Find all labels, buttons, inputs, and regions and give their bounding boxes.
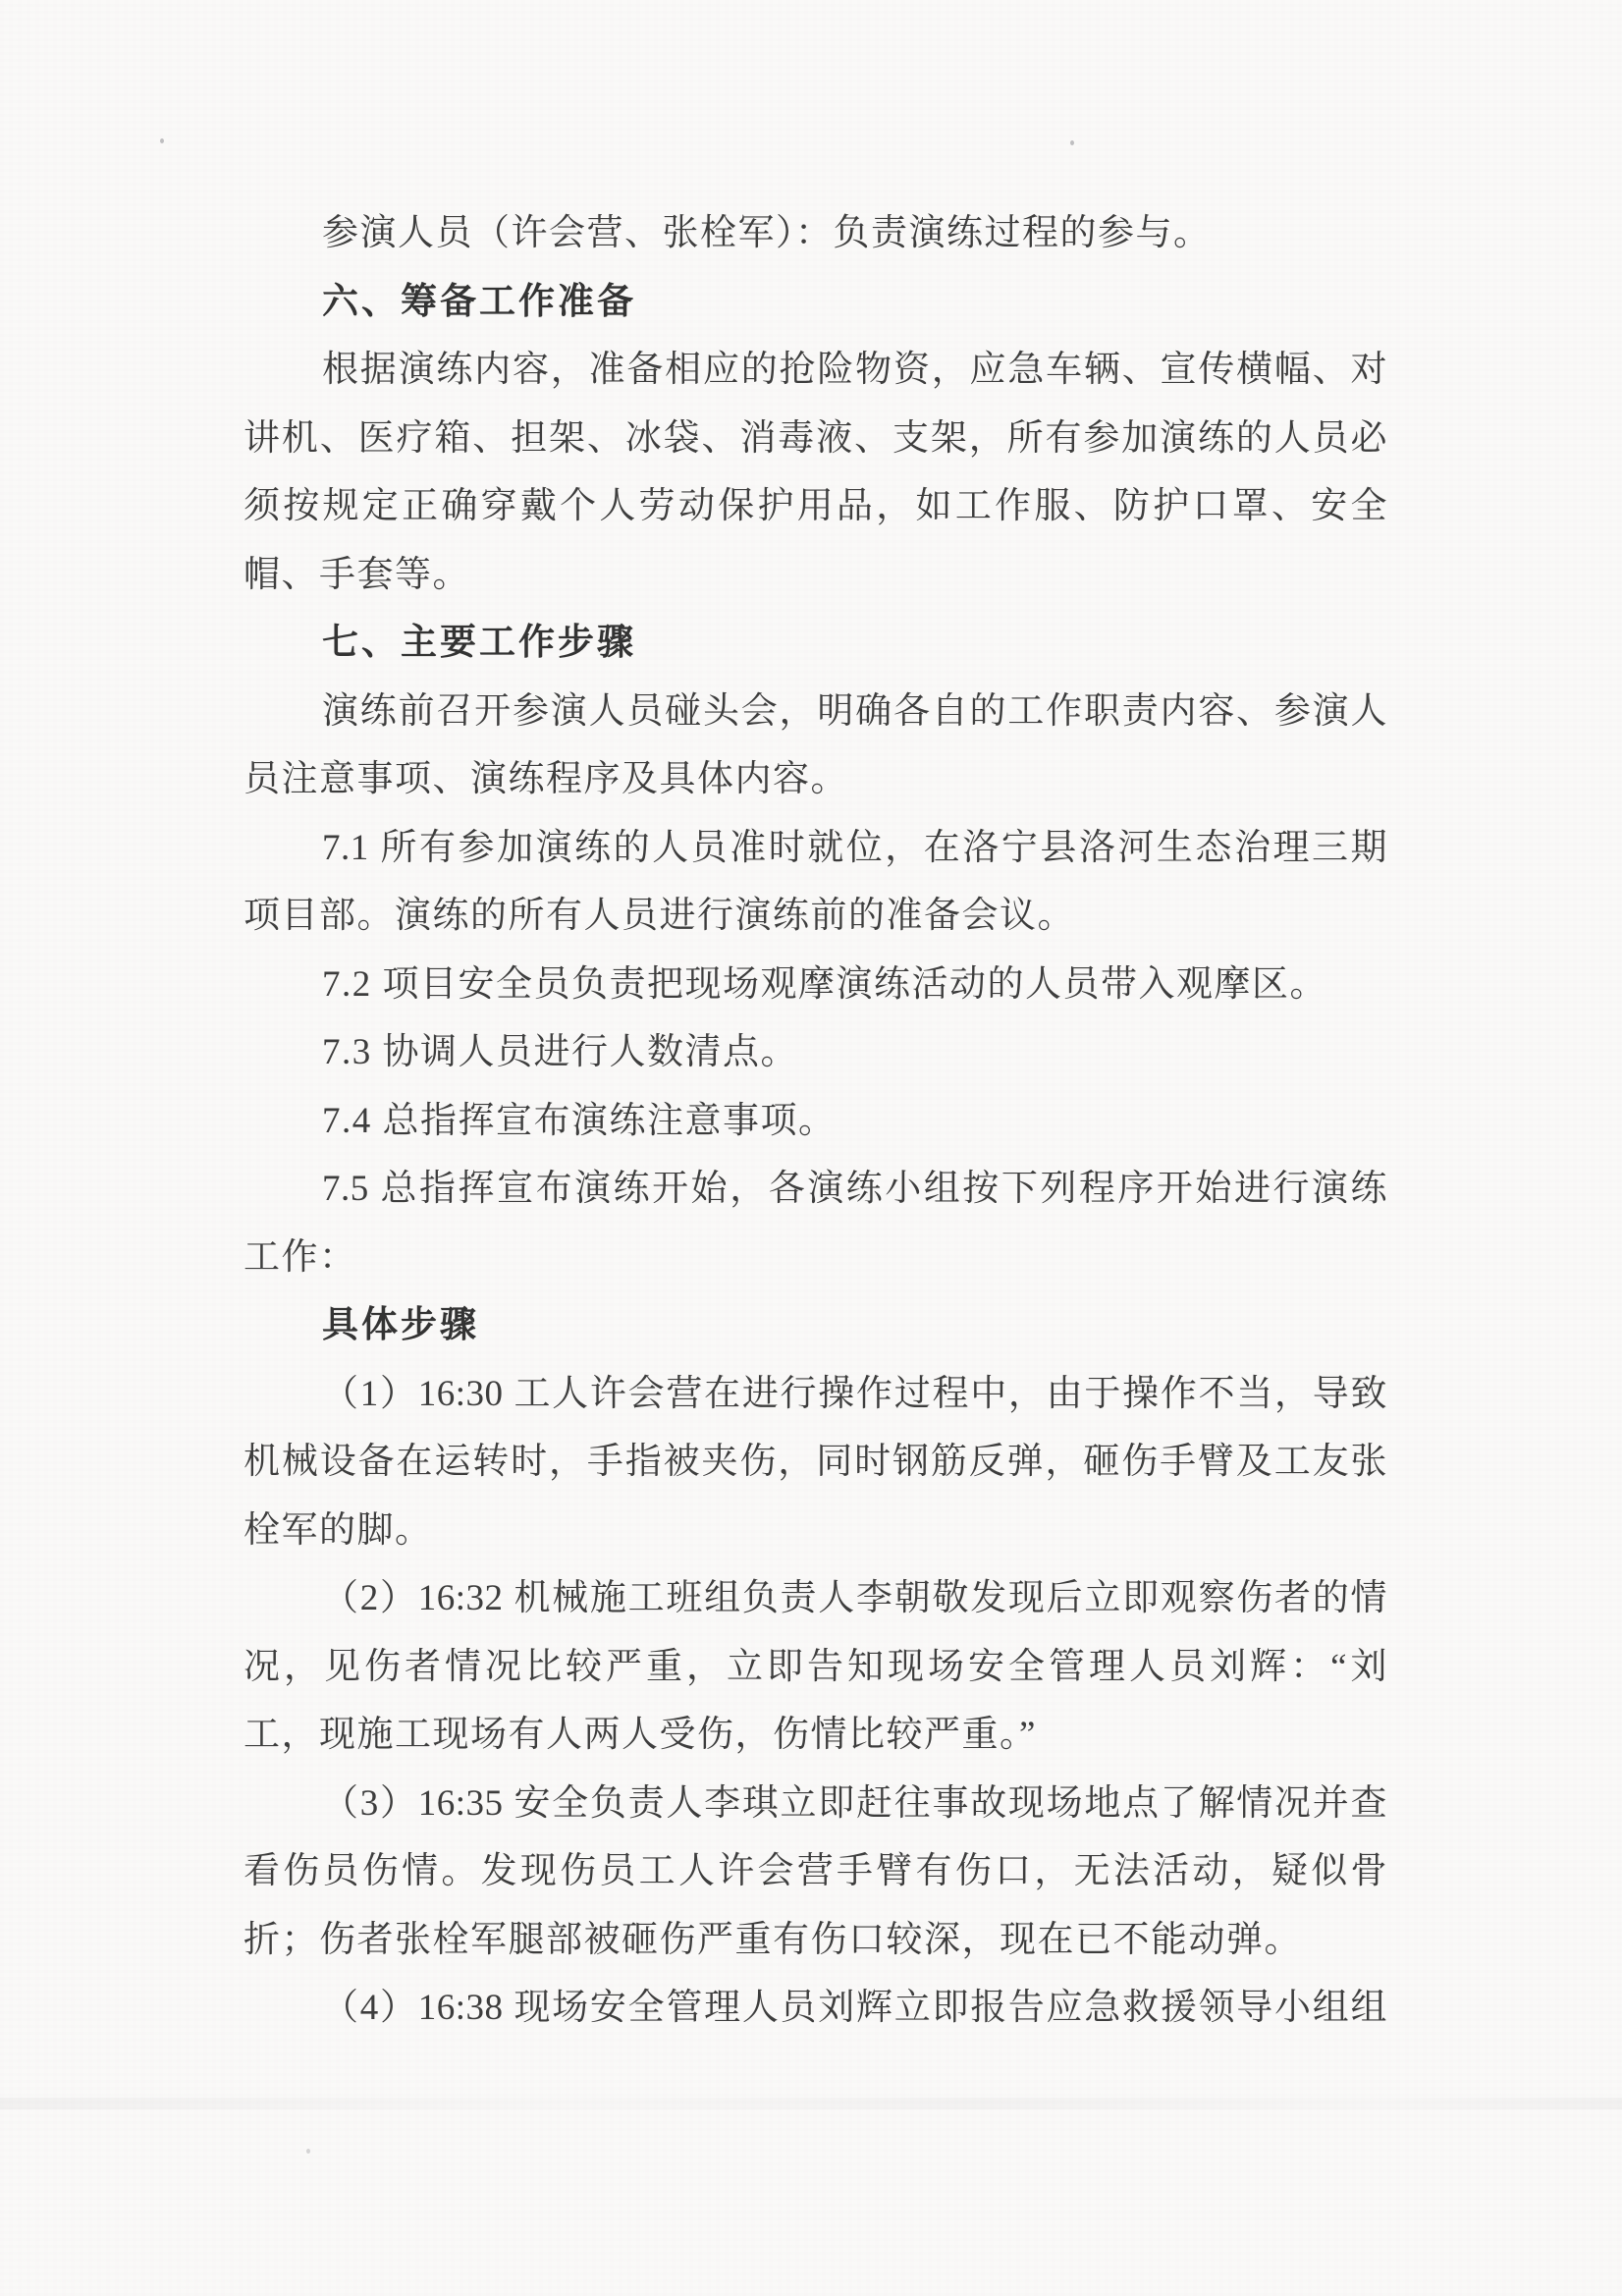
body-line: （2）16:32 机械施工班组负责人李朝敬发现后立即观察伤者的情: [243, 1564, 1387, 1633]
body-line: 况，见伤者情况比较严重，立即告知现场安全管理人员刘辉：“刘: [243, 1633, 1387, 1702]
body-line: 7.5 总指挥宣布演练开始，各演练小组按下列程序开始进行演练: [243, 1155, 1387, 1224]
body-line: 帽、手套等。: [243, 541, 1387, 610]
heading-line: 六、筹备工作准备: [243, 268, 1387, 337]
body-line: 参演人员（许会营、张栓军）：负责演练过程的参与。: [243, 199, 1387, 268]
body-line: 折；伤者张栓军腿部被砸伤严重有伤口较深，现在已不能动弹。: [243, 1906, 1387, 1975]
body-line: （3）16:35 安全负责人李琪立即赶往事故现场地点了解情况并查: [243, 1770, 1387, 1838]
body-line: 栓军的脚。: [243, 1497, 1387, 1565]
body-line: 7.2 项目安全员负责把现场观摩演练活动的人员带入观摩区。: [243, 951, 1387, 1019]
body-line: 看伤员伤情。发现伤员工人许会营手臂有伤口，无法活动，疑似骨: [243, 1837, 1387, 1906]
body-line: （1）16:30 工人许会营在进行操作过程中，由于操作不当，导致: [243, 1360, 1387, 1429]
body-line: 讲机、医疗箱、担架、冰袋、消毒液、支架，所有参加演练的人员必: [243, 405, 1387, 473]
body-line: 7.4 总指挥宣布演练注意事项。: [243, 1087, 1387, 1156]
body-line: 员注意事项、演练程序及具体内容。: [243, 745, 1387, 814]
body-line: 演练前召开参演人员碰头会，明确各自的工作职责内容、参演人: [243, 678, 1387, 746]
body-line: 项目部。演练的所有人员进行演练前的准备会议。: [243, 882, 1387, 951]
scan-speck: [1070, 140, 1074, 145]
body-line: 机械设备在运转时，手指被夹伤，同时钢筋反弹，砸伤手臂及工友张: [243, 1428, 1387, 1497]
scanned-document-page: { "page": { "background_color": "#faf9f8…: [0, 0, 1622, 2296]
page-background: 参演人员（许会营、张栓军）：负责演练过程的参与。六、筹备工作准备根据演练内容，准…: [0, 0, 1622, 2296]
scan-artifact-band: [0, 2098, 1622, 2109]
heading-line: 七、主要工作步骤: [243, 609, 1387, 678]
body-line: 工，现施工现场有人两人受伤，伤情比较严重。”: [243, 1701, 1387, 1770]
scan-speck: [160, 138, 164, 143]
body-line: （4）16:38 现场安全管理人员刘辉立即报告应急救援领导小组组: [243, 1974, 1387, 2043]
body-line: 须按规定正确穿戴个人劳动保护用品，如工作服、防护口罩、安全: [243, 472, 1387, 541]
heading-line: 具体步骤: [243, 1291, 1387, 1360]
scan-speck: [306, 2149, 310, 2154]
body-line: 根据演练内容，准备相应的抢险物资，应急车辆、宣传横幅、对: [243, 336, 1387, 405]
body-line: 7.3 协调人员进行人数清点。: [243, 1018, 1387, 1087]
body-line: 7.1 所有参加演练的人员准时就位，在洛宁县洛河生态治理三期: [243, 814, 1387, 883]
body-line: 工作：: [243, 1224, 1387, 1292]
text-block: 参演人员（许会营、张栓军）：负责演练过程的参与。六、筹备工作准备根据演练内容，准…: [243, 199, 1387, 2043]
